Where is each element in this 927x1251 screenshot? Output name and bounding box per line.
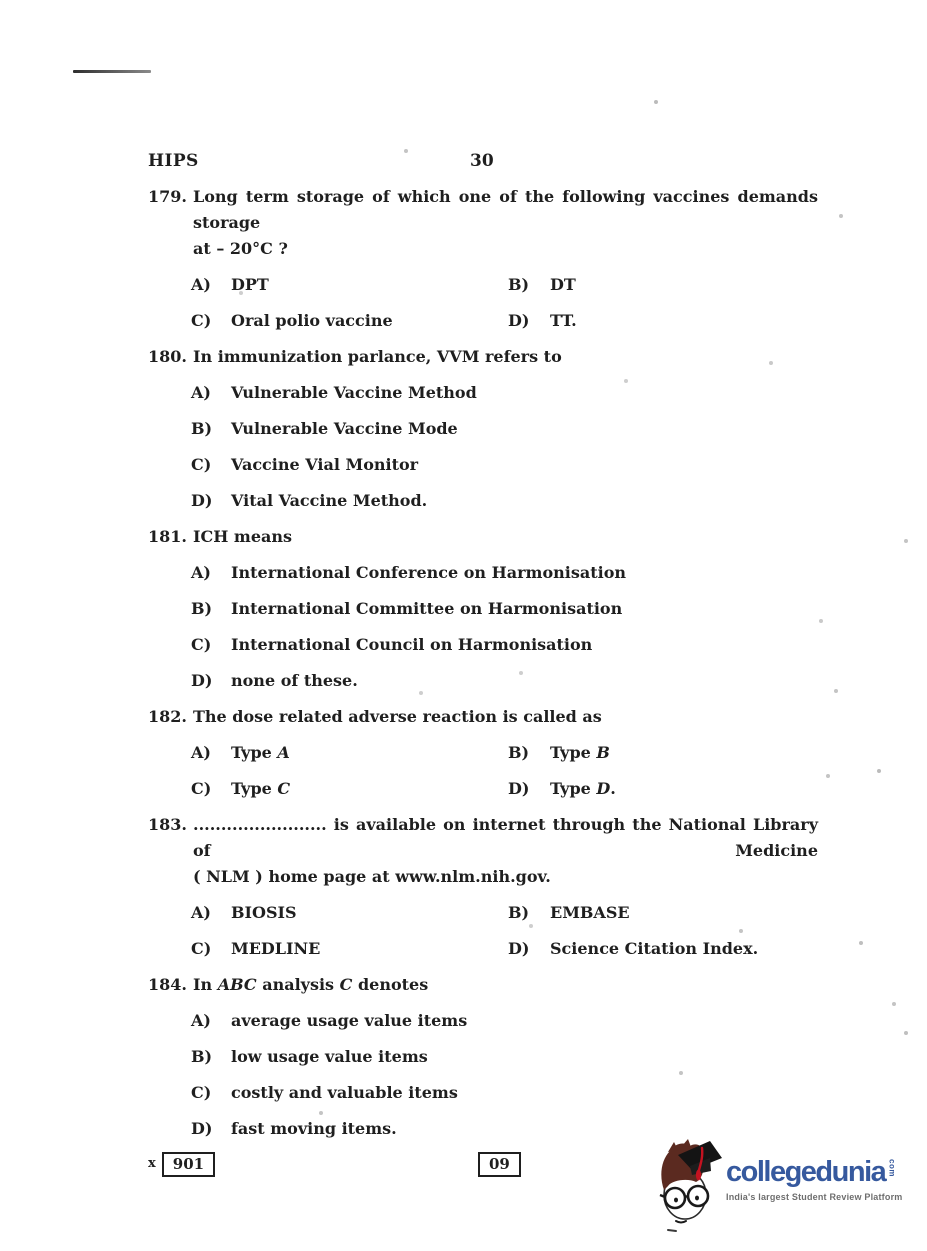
options-group: A) Vulnerable Vaccine Method B) Vulnerab… (148, 380, 818, 514)
scan-noise-dots (0, 0, 2, 2)
option-text-part: Type (231, 779, 277, 798)
option-label: C) (191, 308, 231, 334)
option-text: EMBASE (550, 900, 818, 926)
option-text: Type B (550, 740, 818, 766)
option-label: D) (191, 668, 231, 694)
option-row: C) costly and valuable items (148, 1080, 818, 1106)
brand-name: collegedunia (726, 1156, 885, 1188)
option-text: none of these. (231, 668, 818, 694)
question-180: 180. In immunization parlance, VVM refer… (148, 344, 818, 514)
option-label: C) (191, 632, 231, 658)
option-row: C) International Council on Harmonisatio… (148, 632, 818, 658)
option-text: Vulnerable Vaccine Method (231, 380, 818, 406)
question-text-italic: ABC (218, 975, 257, 994)
option-text: DPT (231, 272, 508, 298)
option-row: D) Vital Vaccine Method. (148, 488, 818, 514)
option-text-part: Type (550, 779, 596, 798)
scan-artifact-line (73, 70, 151, 73)
option-text: Type C (231, 776, 508, 802)
option-label: A) (191, 1008, 231, 1034)
exam-page: HIPS 30 179. Long term storage of which … (148, 148, 818, 1182)
option-label: D) (191, 488, 231, 514)
question-number: 182. (148, 704, 193, 730)
option-text-italic: A (277, 743, 289, 762)
page-code-box: 09 (478, 1152, 521, 1177)
option-text: Type A (231, 740, 508, 766)
option-row: C) Oral polio vaccine D) TT. (148, 308, 818, 334)
option-label: A) (191, 740, 231, 766)
question-184: 184. In ABC analysis C denotes A) averag… (148, 972, 818, 1142)
option-row: A) BIOSIS B) EMBASE (148, 900, 818, 926)
question-text: In ABC analysis C denotes (193, 972, 818, 998)
question-text-line2: at – 20°C ? (193, 236, 818, 262)
option-label: B) (191, 416, 231, 442)
option-label: D) (508, 308, 550, 334)
page-header: HIPS 30 (148, 148, 818, 174)
option-label: B) (508, 272, 550, 298)
option-text: low usage value items (231, 1044, 818, 1070)
exam-code: HIPS (148, 151, 199, 171)
option-row: A) DPT B) DT (148, 272, 818, 298)
option-text: International Committee on Harmonisation (231, 596, 818, 622)
question-text: ICH means (193, 524, 818, 550)
question-text-part: analysis (257, 975, 340, 994)
option-label: B) (508, 740, 550, 766)
question-number: 180. (148, 344, 193, 370)
option-row: C) MEDLINE D) Science Citation Index. (148, 936, 818, 962)
option-text: Type D. (550, 776, 818, 802)
option-text: MEDLINE (231, 936, 508, 962)
question-text-part: In (193, 975, 218, 994)
option-text: Vaccine Vial Monitor (231, 452, 818, 478)
option-text: International Council on Harmonisation (231, 632, 818, 658)
option-text: Science Citation Index. (550, 936, 818, 962)
option-row: D) none of these. (148, 668, 818, 694)
option-text: costly and valuable items (231, 1080, 818, 1106)
question-number: 184. (148, 972, 193, 998)
option-text: average usage value items (231, 1008, 818, 1034)
option-row: B) Vulnerable Vaccine Mode (148, 416, 818, 442)
option-text-italic: D (596, 779, 610, 798)
options-group: A) BIOSIS B) EMBASE C) MEDLINE D) Scienc… (148, 900, 818, 962)
page-number: 30 (470, 148, 494, 174)
option-row: C) Vaccine Vial Monitor (148, 452, 818, 478)
option-label: A) (191, 272, 231, 298)
option-text: Oral polio vaccine (231, 308, 508, 334)
option-text-italic: B (596, 743, 610, 762)
question-text-line2: ( NLM ) home page at www.nlm.nih.gov. (193, 864, 818, 890)
option-label: C) (191, 452, 231, 478)
option-text: TT. (550, 308, 818, 334)
question-number-spacer (148, 864, 193, 890)
question-181: 181. ICH means A) International Conferen… (148, 524, 818, 694)
question-183: 183. ........................ is availab… (148, 812, 818, 962)
option-text-part: Type (231, 743, 277, 762)
collegedunia-logo: collegeduniacom India's largest Student … (658, 1136, 916, 1240)
question-text: In immunization parlance, VVM refers to (193, 344, 818, 370)
question-179: 179. Long term storage of which one of t… (148, 184, 818, 334)
option-label: A) (191, 900, 231, 926)
brand-tagline: India's largest Student Review Platform (726, 1192, 916, 1202)
option-label: A) (191, 560, 231, 586)
option-row: A) Type A B) Type B (148, 740, 818, 766)
option-label: B) (191, 1044, 231, 1070)
option-label: B) (508, 900, 550, 926)
options-group: A) International Conference on Harmonisa… (148, 560, 818, 694)
question-text: Long term storage of which one of the fo… (193, 184, 818, 236)
option-text-italic: C (277, 779, 290, 798)
question-text: The dose related adverse reaction is cal… (193, 704, 818, 730)
logo-text: collegeduniacom India's largest Student … (726, 1158, 916, 1202)
question-number: 181. (148, 524, 193, 550)
option-text: Vulnerable Vaccine Mode (231, 416, 818, 442)
option-label: D) (191, 1116, 231, 1142)
option-label: C) (191, 936, 231, 962)
option-label: C) (191, 1080, 231, 1106)
options-group: A) DPT B) DT C) Oral polio vaccine D) TT… (148, 272, 818, 334)
question-text: ........................ is available on… (193, 812, 818, 864)
option-text: BIOSIS (231, 900, 508, 926)
option-text: DT (550, 272, 818, 298)
option-row: A) International Conference on Harmonisa… (148, 560, 818, 586)
option-row: A) Vulnerable Vaccine Method (148, 380, 818, 406)
option-row: C) Type C D) Type D. (148, 776, 818, 802)
option-label: B) (191, 596, 231, 622)
option-text: Vital Vaccine Method. (231, 488, 818, 514)
option-row: B) low usage value items (148, 1044, 818, 1070)
option-label: A) (191, 380, 231, 406)
question-text-italic: C (340, 975, 353, 994)
question-number: 179. (148, 184, 193, 236)
option-row: A) average usage value items (148, 1008, 818, 1034)
option-text-part: . (610, 779, 616, 798)
option-label: C) (191, 776, 231, 802)
footer-mark: x (148, 1156, 156, 1171)
brand-tld: com (887, 1159, 896, 1177)
question-182: 182. The dose related adverse reaction i… (148, 704, 818, 802)
option-text-part: Type (550, 743, 596, 762)
question-number: 183. (148, 812, 193, 864)
mascot-icon (658, 1138, 724, 1234)
option-label: D) (508, 776, 550, 802)
question-text-part: denotes (352, 975, 428, 994)
options-group: A) average usage value items B) low usag… (148, 1008, 818, 1142)
option-text: International Conference on Harmonisatio… (231, 560, 818, 586)
options-group: A) Type A B) Type B C) Type C D) Type D. (148, 740, 818, 802)
question-number-spacer (148, 236, 193, 262)
option-row: B) International Committee on Harmonisat… (148, 596, 818, 622)
booklet-code-box: 901 (162, 1152, 215, 1177)
option-label: D) (508, 936, 550, 962)
